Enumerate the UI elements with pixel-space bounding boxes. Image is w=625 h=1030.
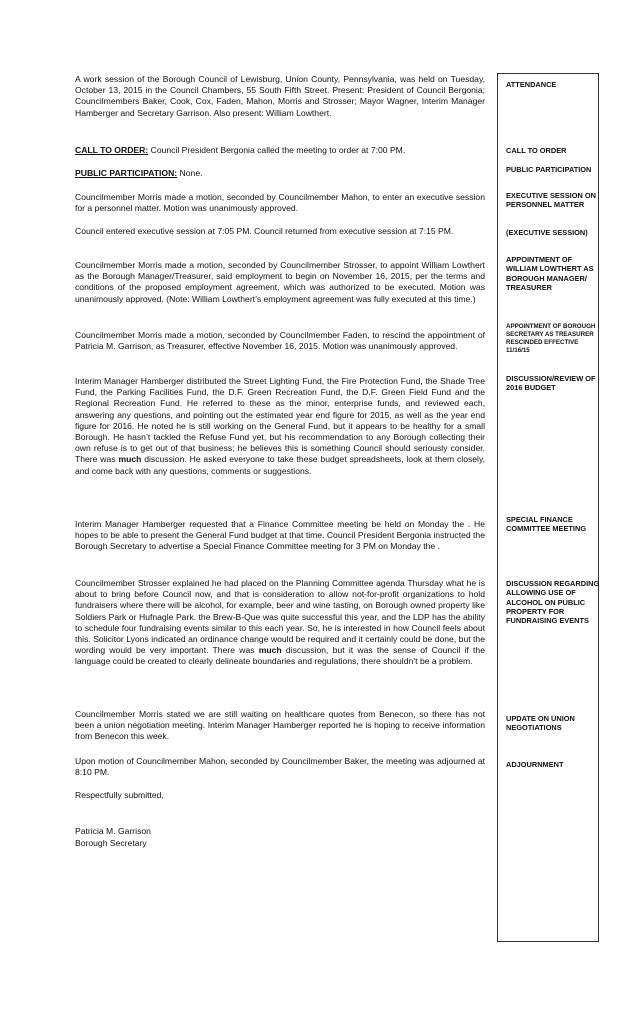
- sidebar-label-executive-session: (EXECUTIVE SESSION): [506, 228, 600, 237]
- sidebar-label-attendance: ATTENDANCE: [506, 80, 600, 89]
- sidebar-label-special-finance: SPECIAL FINANCE COMMITTEE MEETING: [506, 515, 600, 534]
- finance-paragraph: Interim Manager Hamberger requested that…: [75, 519, 485, 553]
- executive-session-paragraph: Council entered executive session at 7:0…: [75, 226, 485, 237]
- alcohol-paragraph: Councilmember Strosser explained he had …: [75, 578, 485, 668]
- attendance-paragraph: A work session of the Borough Council of…: [75, 74, 485, 119]
- sidebar-label-executive-session-personnel: EXECUTIVE SESSION ON PERSONNEL MATTER: [506, 191, 600, 210]
- sidebar-label-appointment-lowthert: APPOINTMENT OF WILLIAM LOWTHERT AS BOROU…: [506, 255, 600, 292]
- budget-paragraph: Interim Manager Hamberger distributed th…: [75, 376, 485, 477]
- executive-motion-paragraph: Councilmember Morris made a motion, seco…: [75, 192, 485, 214]
- alcohol-text-a: Councilmember Strosser explained he had …: [75, 578, 485, 655]
- sidebar-label-treasurer-rescinded: APPOINTMENT OF BOROUGH SECRETARY AS TREA…: [506, 323, 600, 355]
- closing-line: Respectfully submitted,: [75, 790, 485, 801]
- budget-emphasis: much: [118, 454, 141, 464]
- signer-title: Borough Secretary: [75, 838, 485, 849]
- call-to-order-text: Council President Bergonia called the me…: [148, 145, 405, 155]
- sidebar-label-call-to-order: CALL TO ORDER: [506, 146, 600, 155]
- signer-name: Patricia M. Garrison: [75, 826, 485, 837]
- topic-sidebar: ATTENDANCE CALL TO ORDER PUBLIC PARTICIP…: [497, 73, 599, 942]
- call-to-order-paragraph: CALL TO ORDER: Council President Bergoni…: [75, 145, 485, 156]
- sidebar-label-union-negotiations: UPDATE ON UNION NEGOTIATIONS: [506, 714, 600, 733]
- public-participation-paragraph: PUBLIC PARTICIPATION: None.: [75, 168, 485, 179]
- budget-text-a: Interim Manager Hamberger distributed th…: [75, 376, 485, 464]
- alcohol-emphasis: much: [259, 645, 282, 655]
- rescind-paragraph: Councilmember Morris made a motion, seco…: [75, 330, 485, 352]
- appointment-paragraph: Councilmember Morris made a motion, seco…: [75, 260, 485, 305]
- sidebar-label-alcohol-discussion: DISCUSSION REGARDING ALLOWING USE OF ALC…: [506, 579, 600, 625]
- public-participation-text: None.: [177, 168, 202, 178]
- sidebar-label-adjournment: ADJOURNMENT: [506, 760, 600, 769]
- public-participation-heading: PUBLIC PARTICIPATION:: [75, 168, 177, 178]
- union-paragraph: Councilmember Morris stated we are still…: [75, 709, 485, 743]
- sidebar-label-budget-review: DISCUSSION/REVIEW OF 2016 BUDGET: [506, 374, 600, 393]
- adjournment-paragraph: Upon motion of Councilmember Mahon, seco…: [75, 756, 485, 778]
- sidebar-label-public-participation: PUBLIC PARTICIPATION: [506, 165, 600, 174]
- call-to-order-heading: CALL TO ORDER:: [75, 145, 148, 155]
